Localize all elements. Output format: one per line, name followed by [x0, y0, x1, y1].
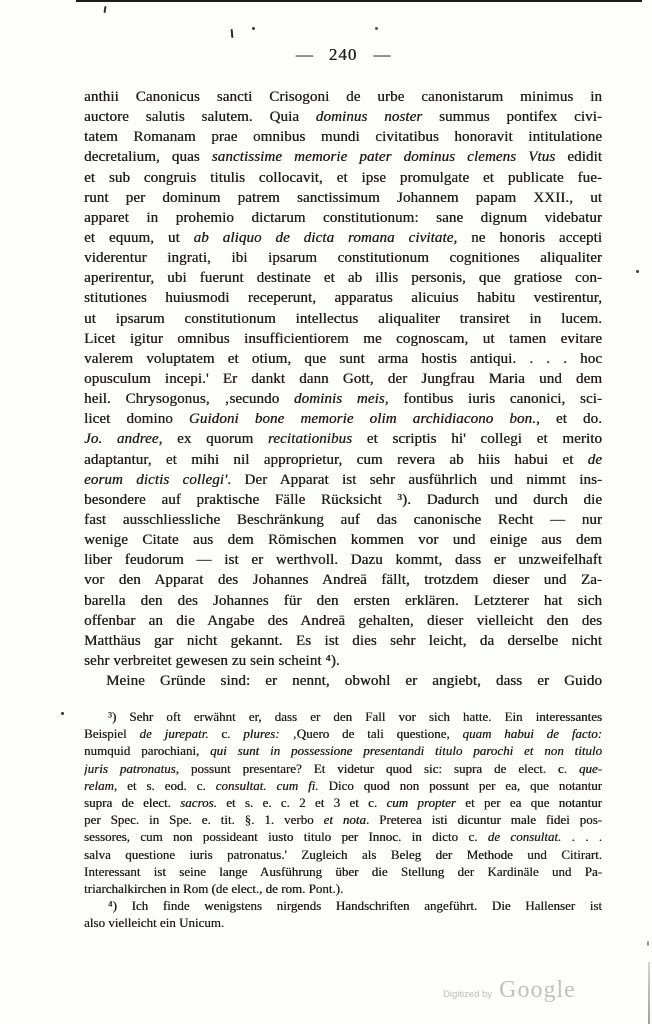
text-line: ³) Sehr oft erwähnt er, dass er den Fall… — [84, 708, 602, 725]
page-header: —240— — [84, 45, 602, 65]
text-line: decretalium, quas sanctissime memorie pa… — [84, 147, 602, 167]
text-line: tatem Romanam prae omnibus mundi civitat… — [84, 127, 602, 147]
text-line: ⁴) Ich finde wenigstens nirgends Handsch… — [84, 897, 602, 914]
scan-speck — [61, 712, 64, 715]
text-line: also vielleicht ein Unicum. — [84, 914, 602, 931]
header-dash-left: — — [296, 45, 313, 64]
text-line: besondere auf praktische Fälle Rücksicht… — [84, 490, 602, 510]
text-line: vor den Apparat des Johannes Andreā fäll… — [84, 570, 602, 590]
text-line: supra de elect. sacros. et s. e. c. 2 et… — [84, 794, 602, 811]
scan-speck — [375, 27, 378, 30]
text-line: juris patronatus, possunt presentare? Et… — [84, 760, 602, 777]
text-line: Matthäus gar nicht gekannt. Es ist dies … — [84, 631, 602, 651]
scan-speck — [636, 270, 639, 273]
scan-speck — [103, 6, 106, 13]
text-line: fast ausschliessliche Beschränkung auf d… — [84, 510, 602, 530]
text-line: Licet igitur omnibus insufficientiorem m… — [84, 329, 602, 349]
scan-edge-top-line — [76, 0, 642, 2]
scan-speck — [647, 941, 649, 946]
text-line: eorum dictis collegi'. Der Apparat ist s… — [84, 470, 602, 490]
text-line: opusculum incepi.' Er dankt dann Gott, d… — [84, 369, 602, 389]
text-line: apparet in prohemio dictarum constitutio… — [84, 208, 602, 228]
text-line: sessores, cum non possideant iusto titul… — [84, 828, 602, 845]
scan-speck — [231, 29, 234, 38]
text-line: triarchalkirchen in Rom (de elect., de r… — [84, 880, 602, 897]
scan-edge-right-line — [648, 962, 650, 1024]
text-line: sehr verbreitet gewesen zu sein scheint … — [84, 651, 602, 671]
text-line: ut ipsarum constitutionum intellectus al… — [84, 309, 602, 329]
text-line: numquid parochiani, qui sunt in possessi… — [84, 742, 602, 759]
text-line: per Spec. in Spe. e. tit. §. 1. verbo et… — [84, 811, 602, 828]
page-number: 240 — [329, 45, 358, 64]
watermark-prefix: Digitized by — [443, 989, 492, 1000]
text-line: aperirentur, ubi fuerunt destinate et ab… — [84, 268, 602, 288]
text-line: et equum, ut ab aliquo de dicta romana c… — [84, 228, 602, 248]
text-line: et sub congruis titulis collocavit, et i… — [84, 168, 602, 188]
text-line: Jo. andree, ex quorum recitationibus et … — [84, 429, 602, 449]
google-logo: Google — [499, 977, 576, 1004]
book-page: —240— anthii Canonicus sancti Crisogoni … — [0, 0, 652, 1024]
text-line: anthii Canonicus sancti Crisogoni de urb… — [84, 87, 602, 107]
text-line: runt per dominum patrem sanctissimum Joh… — [84, 188, 602, 208]
header-dash-right: — — [373, 45, 390, 64]
text-line: heil. Chrysogonus, ‚secundo dominis meis… — [84, 389, 602, 409]
text-line: viderentur ingrati, ibi ipsarum constitu… — [84, 248, 602, 268]
main-text-block: anthii Canonicus sancti Crisogoni de urb… — [84, 87, 602, 691]
text-line: licet domino Guidoni bone memorie olim a… — [84, 409, 602, 429]
scan-speck — [252, 27, 255, 30]
text-line: wenige Citate aus dem Römischen kommen v… — [84, 530, 602, 550]
text-line: salva questione iuris patronatus.' Zugle… — [84, 846, 602, 863]
text-line: valerem voluptatem et otium, que sunt ar… — [84, 349, 602, 369]
text-line: relam, et s. eod. c. consultat. cum fi. … — [84, 777, 602, 794]
text-line: liber feudorum — ist er werthvoll. Dazu … — [84, 550, 602, 570]
text-line: auctore salutis salutem. Quia dominus no… — [84, 107, 602, 127]
text-line: Meine Gründe sind: er nennt, obwohl er a… — [84, 671, 602, 691]
text-line: adaptantur, et mihi nil approprietur, cu… — [84, 450, 602, 470]
text-line: Interessant ist seine lange Ausführung ü… — [84, 863, 602, 880]
footnotes-block: ³) Sehr oft erwähnt er, dass er den Fall… — [84, 708, 602, 931]
text-line: Beispiel de jurepatr. c. plures: ‚Quero … — [84, 725, 602, 742]
text-line: offenbar an die Angabe des Andreā gehalt… — [84, 611, 602, 631]
text-line: barella den des Johannes für den ersten … — [84, 591, 602, 611]
text-line: stitutiones huiusmodi receperunt, appara… — [84, 288, 602, 308]
digitized-by-google-watermark: Digitized by Google — [443, 977, 576, 1004]
